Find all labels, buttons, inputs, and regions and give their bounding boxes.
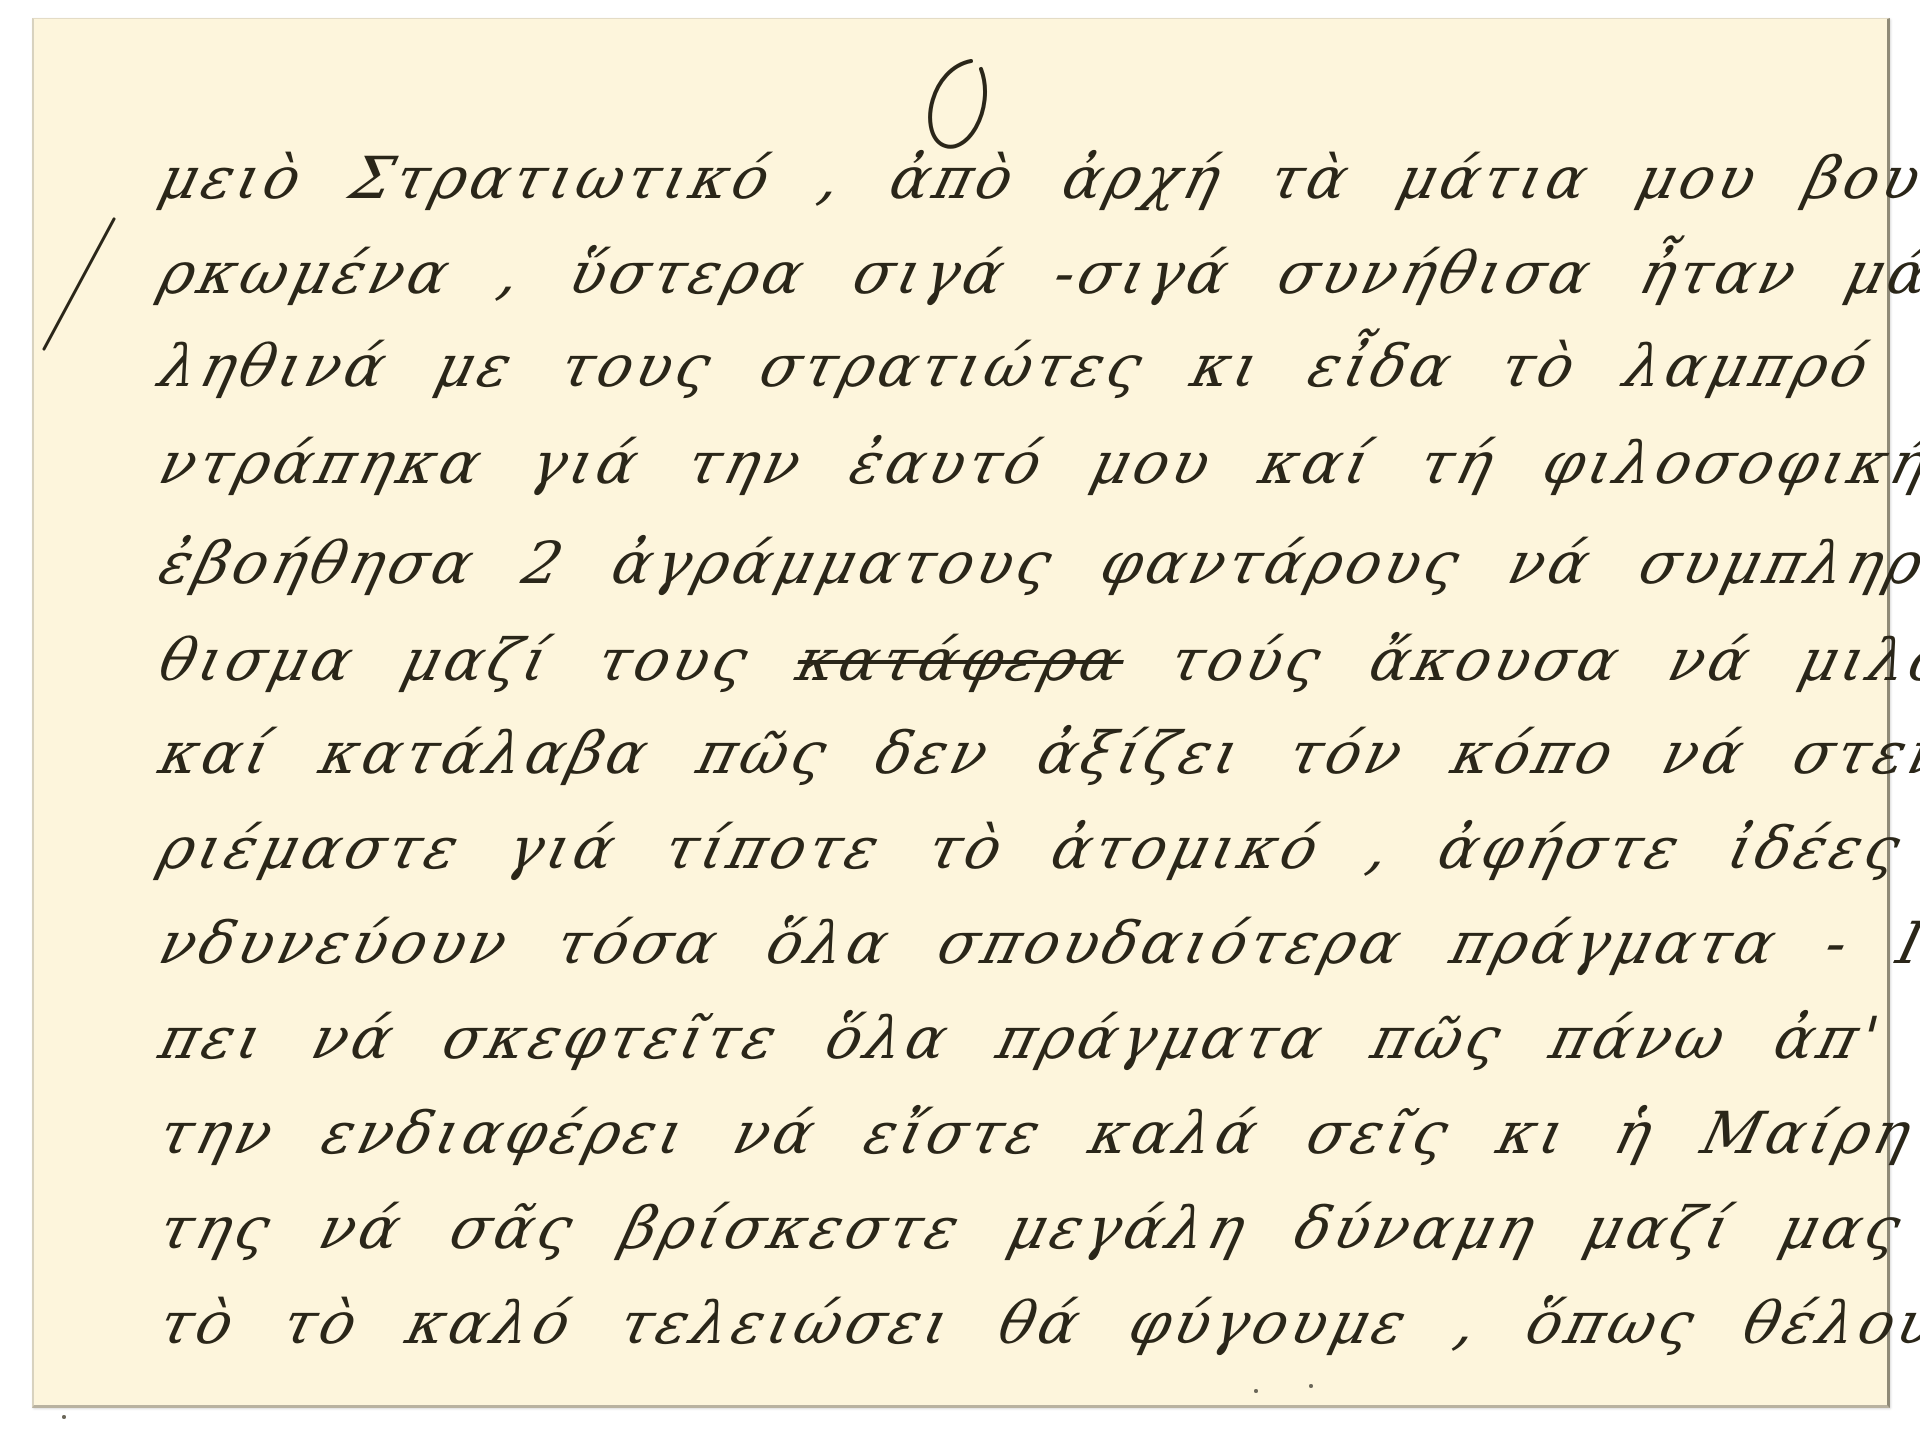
handwriting-line-13: τὸ τὸ καλό τελειώσει θά φύγουμε , ὅπως θ… bbox=[154, 1294, 1920, 1352]
handwriting-line-11: την ενδιαφέρει νά εἴστε καλά σεῖς κι ἡ Μ… bbox=[154, 1104, 1920, 1162]
handwriting-line-12: της νά σᾶς βρίσκεστε μεγάλη δύναμη μαζί … bbox=[154, 1199, 1920, 1257]
paper-speck bbox=[1309, 1384, 1313, 1388]
handwriting-line-1: μειὸ Στρατιωτικό , ἀπὸ ἀρχή τὰ μάτια μου… bbox=[154, 149, 1920, 207]
handwriting-line-5: ἐβοήθησα 2 ἀγράμματους φαντάρους νά συμπ… bbox=[154, 534, 1920, 592]
line-6-start: θισμα μαζί τους bbox=[153, 626, 759, 694]
handwriting-line-9: νδυνεύουν τόσα ὅλα σπουδαιότερα πράγματα… bbox=[154, 914, 1920, 972]
handwriting-line-2: ρκωμένα , ὕστερα σιγά -σιγά συνήθισα ἦτα… bbox=[154, 244, 1920, 302]
letter-paper: μειὸ Στρατιωτικό , ἀπὸ ἀρχή τὰ μάτια μου… bbox=[32, 18, 1890, 1408]
handwriting-line-3: ληθινά με τους στρατιώτες κι εἶδα τὸ λαμ… bbox=[154, 337, 1920, 395]
handwriting-line-8: ριέμαστε γιά τίποτε τὸ ἀτομικό , ἀφήστε … bbox=[154, 819, 1920, 877]
struck-out-word: κατάφερα bbox=[790, 626, 1132, 694]
handwriting-line-4: ντράπηκα γιά την ἐαυτό μου καί τή φιλοσο… bbox=[154, 434, 1920, 492]
handwriting-line-6: θισμα μαζί τους κατάφερα τούς ἄκουσα νά … bbox=[154, 631, 1920, 689]
background-speck bbox=[62, 1415, 66, 1419]
line-6-end: τούς ἄκουσα νά μιλοῦν bbox=[1164, 626, 1920, 694]
handwritten-text: μειὸ Στρατιωτικό , ἀπὸ ἀρχή τὰ μάτια μου… bbox=[34, 19, 1887, 1405]
handwriting-line-7: καί κατάλαβα πῶς δεν ἀξίζει τόν κόπο νά … bbox=[154, 724, 1920, 782]
circle-annotation-icon bbox=[911, 49, 1001, 159]
pen-stroke-decoration bbox=[34, 209, 134, 359]
paper-speck bbox=[1254, 1389, 1258, 1393]
handwriting-line-10: πει νά σκεφτεῖτε ὅλα πράγματα πῶς πάνω ἀ… bbox=[154, 1009, 1920, 1067]
